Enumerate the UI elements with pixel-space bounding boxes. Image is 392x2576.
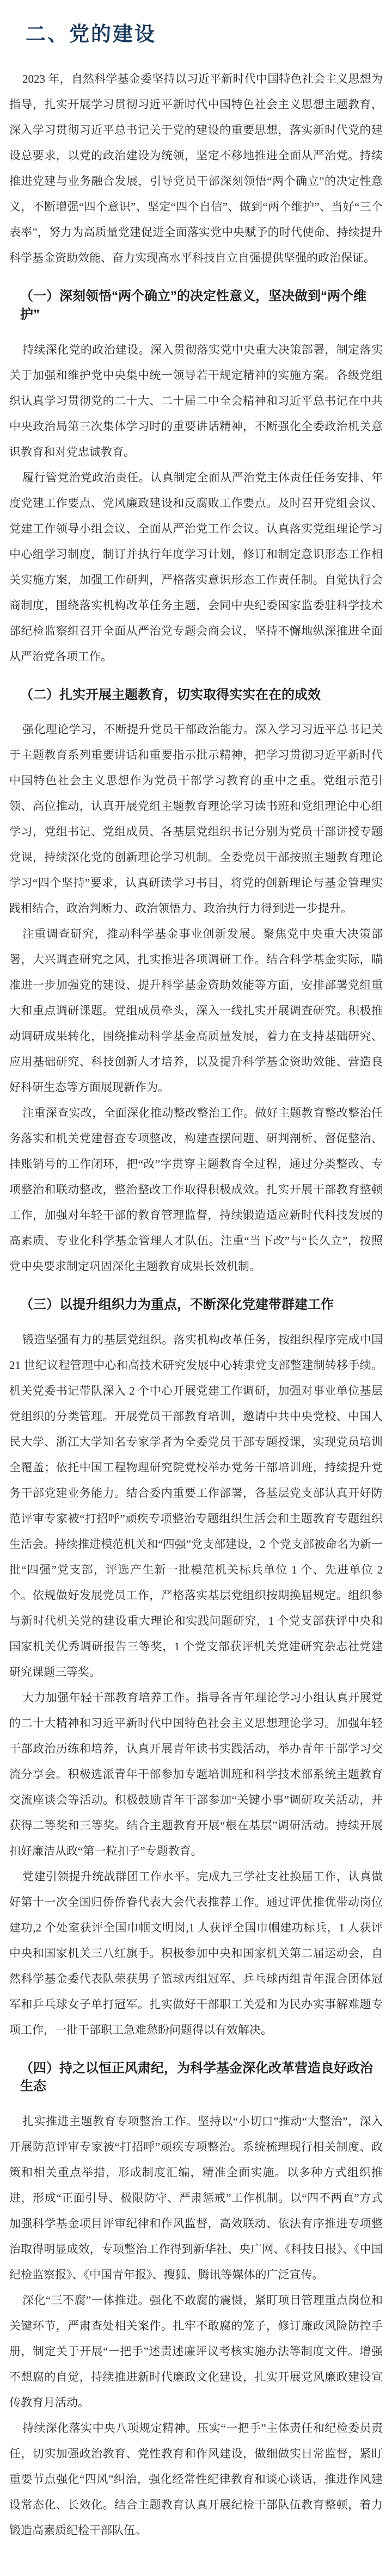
section-heading-3: （三）以提升组织力为重点，不断深化党建带群建工作 [20, 1296, 383, 1314]
section-heading-1: （一）深刻领悟“两个确立”的决定性意义，坚决做到“两个维护” [20, 287, 383, 324]
section-1-paragraph-2: 履行管党治党政治责任。认真制定全面从严治党主体责任任务安排、年度党建工作要点、党… [9, 465, 383, 670]
section-heading-4: （四）持之以恒正风肃纪，为科学基金深化改革营造良好政治生态 [20, 2059, 383, 2096]
section-3-paragraph-2: 大力加强年轻干部教育培养工作。指导各青年理论学习小组认真开展党的二十大精神和习近… [9, 1685, 383, 1864]
section-heading-2: （二）扎实开展主题教育，切实取得实实在在的成效 [20, 686, 383, 704]
page-title: 二、党的建设 [26, 23, 383, 47]
section-4-paragraph-3: 持续深化落实中央八项规定精神。压实“一把手”主体责任和纪检委员责任，切实加强政治… [9, 2416, 383, 2543]
section-2-paragraph-3: 注重深查实改，全面深化推动整改整治工作。做好主题教育整改整治任务落实和机关党建督… [9, 1100, 383, 1279]
section-3-paragraph-3: 党建引领提升统战群团工作水平。完成九三学社支社换届工作，认真做好第十一次全国归侨… [9, 1864, 383, 2043]
section-4-paragraph-1: 扎实推进主题教育专项整治工作。坚持以“小切口”推动“大整治”，深入开展防范评审专… [9, 2109, 383, 2288]
section-2-paragraph-1: 强化理论学习，不断提升党员干部政治能力。深入学习习近平总书记关于主题教育系列重要… [9, 717, 383, 921]
section-4-paragraph-2: 深化“三不腐”一体推进。强化不敢腐的震慑，紧盯项目管理重点岗位和关键环节，严肃查… [9, 2288, 383, 2416]
section-1-paragraph-1: 持续深化党的政治建设。深入贯彻落实党中央重大决策部署，制定落实关于加强和维护党中… [9, 337, 383, 465]
section-3-paragraph-1: 锻造坚强有力的基层党组织。落实机构改革任务，按组织程序完成中国 21 世纪议程管… [9, 1327, 383, 1685]
intro-paragraph: 2023 年，自然科学基金委坚持以习近平新时代中国特色社会主义思想为指导，扎实开… [9, 66, 383, 271]
document-page: 二、党的建设 2023 年，自然科学基金委坚持以习近平新时代中国特色社会主义思想… [0, 0, 392, 2576]
section-2-paragraph-2: 注重调查研究，推动科学基金事业创新发展。聚焦党中央重大决策部署，大兴调查研究之风… [9, 921, 383, 1100]
